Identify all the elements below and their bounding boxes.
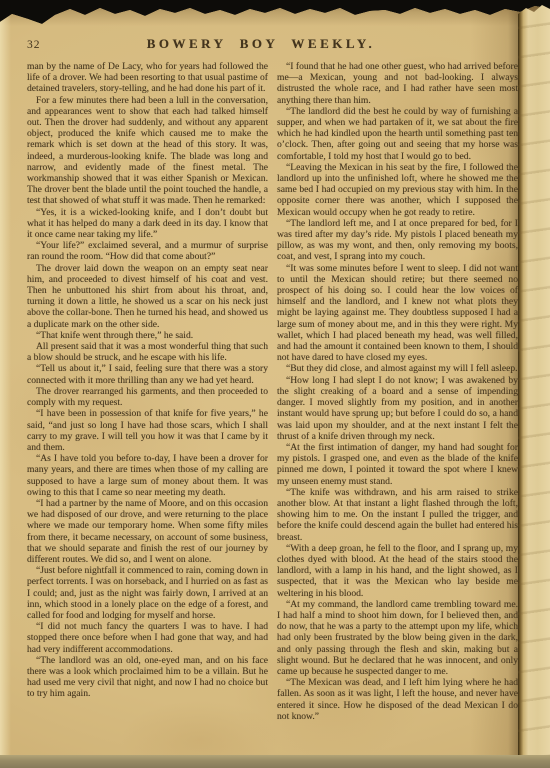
text-columns: man by the name of De Lacy, who for year… (27, 61, 518, 722)
paragraph: “As I have told you before to-day, I hav… (27, 453, 268, 498)
journal-title: BOWERY BOY WEEKLY. (0, 36, 522, 52)
paragraph: “Leaving the Mexican in his seat by the … (277, 162, 518, 218)
paragraph: “I had a partner by the name of Moore, a… (27, 498, 268, 565)
paragraph: man by the name of De Lacy, who for year… (27, 61, 268, 95)
paragraph: The drover rearranged his garments, and … (27, 386, 268, 408)
paragraph: “The landlord did the best he could by w… (277, 106, 518, 162)
paragraph: “The Mexican was dead, and I left him ly… (277, 677, 518, 722)
paragraph: All present said that it was a most wond… (27, 341, 268, 363)
paragraph: “With a deep groan, he fell to the floor… (277, 543, 518, 599)
paragraph: “The landlord left me, and I at once pre… (277, 218, 518, 263)
page-fold-crease (518, 0, 550, 768)
right-column: “I found that he had one other guest, wh… (277, 61, 518, 722)
paragraph: “The knife was withdrawn, and his arm ra… (277, 487, 518, 543)
paragraph: “Tell us about it,” I said, feeling sure… (27, 363, 268, 385)
paragraph: “The landlord was an old, one-eyed man, … (27, 655, 268, 700)
paper-left-edge (0, 14, 11, 768)
paragraph: “I did not much fancy the quarters I was… (27, 621, 268, 655)
paragraph: For a few minutes there had been a lull … (27, 95, 268, 207)
paragraph: “I have been in possession of that knife… (27, 408, 268, 453)
paragraph: “How long I had slept I do not know; I w… (277, 375, 518, 442)
paragraph: “At the first intimation of danger, my h… (277, 442, 518, 487)
paragraph: “It was some minutes before I went to sl… (277, 263, 518, 364)
page-header: 32 BOWERY BOY WEEKLY. (0, 36, 522, 56)
paragraph: “I found that he had one other guest, wh… (277, 61, 518, 106)
left-column: man by the name of De Lacy, who for year… (27, 61, 268, 722)
scan-bottom-edge (0, 755, 550, 768)
paragraph: “Just before nightfall it commenced to r… (27, 565, 268, 621)
paragraph: “Yes, it is a wicked-looking knife, and … (27, 207, 268, 241)
paragraph: “But they did close, and almost against … (277, 363, 518, 374)
paragraph: The drover laid down the weapon on an em… (27, 263, 268, 330)
paper-sheet: 32 BOWERY BOY WEEKLY. man by the name of… (0, 0, 550, 768)
paragraph: “At my command, the landlord came trembl… (277, 599, 518, 677)
scanned-page: 32 BOWERY BOY WEEKLY. man by the name of… (0, 0, 550, 768)
paragraph: “Your life?” exclaimed several, and a mu… (27, 240, 268, 262)
page-number: 32 (27, 39, 41, 51)
paragraph: “That knife went through there,” he said… (27, 330, 268, 341)
